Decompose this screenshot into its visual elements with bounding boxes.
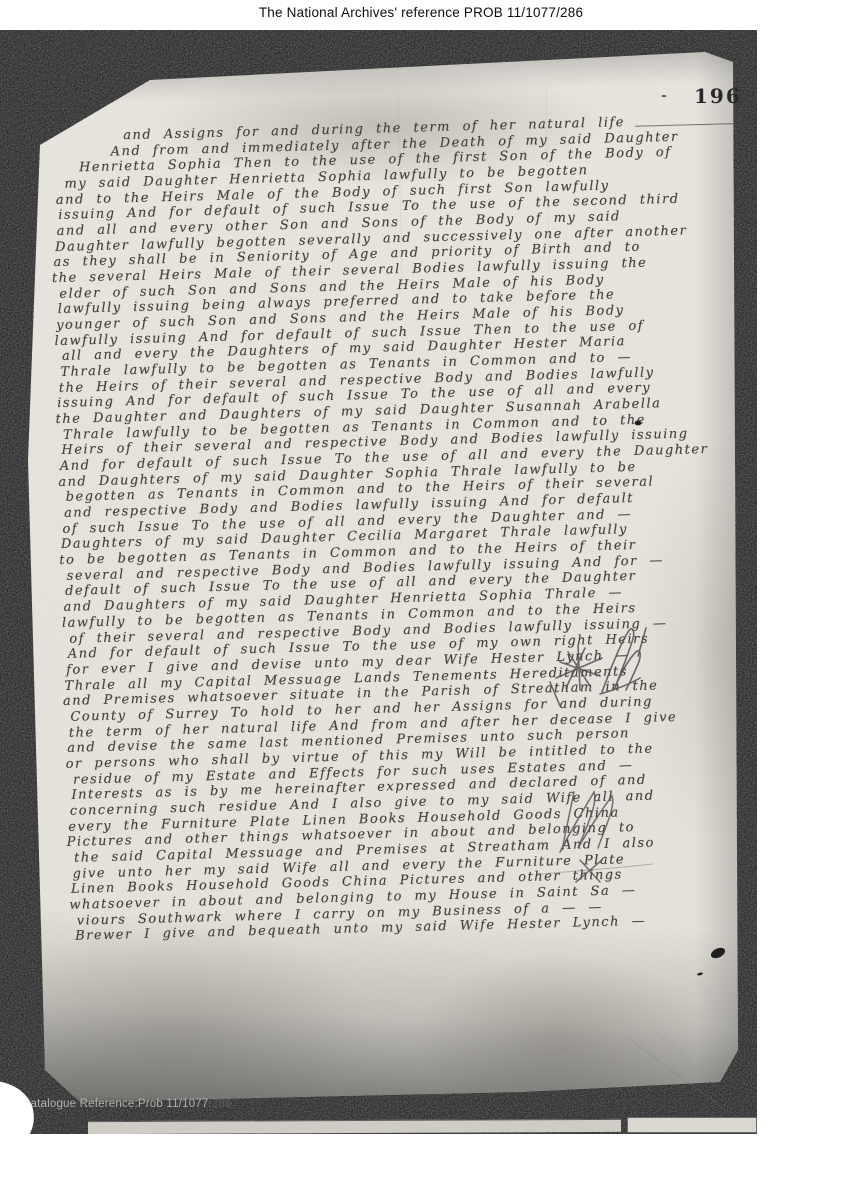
folio-number: 196 (694, 84, 742, 108)
catalogue-reference-text: Catalogue Reference:Prob 11/1077 (22, 1098, 208, 1110)
archive-scan-page: { "header": { "reference": "The National… (0, 0, 842, 1191)
catalogue-reference-tail: /286 (208, 1098, 231, 1110)
catalogue-reference: Catalogue Reference:Prob 11/1077/286 (22, 1098, 232, 1110)
page-edge-strip-right (627, 1117, 757, 1133)
manuscript-text: and Assigns for and during the term of h… (52, 112, 757, 945)
scan-area: 196 and Assigns for and during the term … (0, 30, 757, 1134)
archive-reference-header: The National Archives' reference PROB 11… (0, 5, 842, 20)
page-edge-strip (88, 1119, 621, 1134)
